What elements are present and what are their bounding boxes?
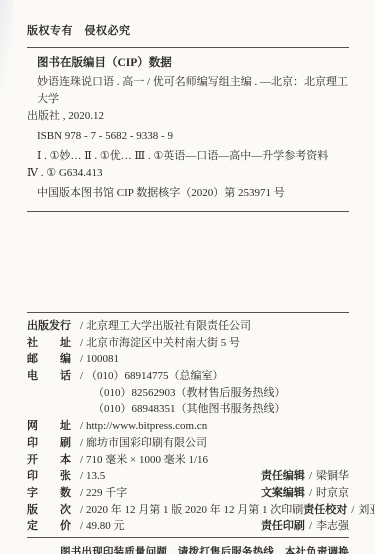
publication-field-value: 2020 年 12 月第 1 版 2020 年 12 月第 1 次印刷	[86, 501, 303, 517]
field-separator: /	[77, 487, 86, 499]
editor-name: 李志强	[316, 517, 349, 533]
staff-credit: 责任校对 / 刘亚男	[303, 501, 375, 517]
publication-website-url: http://www.bitpress.com.cn	[86, 420, 207, 432]
editor-role-label: 文案编辑	[261, 484, 305, 500]
editor-role-label: 责任印刷	[261, 517, 305, 533]
cip-description-line-2: 出版社 , 2020.12	[27, 108, 349, 125]
field-separator: /	[77, 420, 86, 432]
publication-row-continuation: （010）82562903（教材售后服务热线）	[27, 384, 349, 401]
publication-row: 电 话 / （010）68914775（总编室）	[27, 367, 349, 384]
cip-description-line-1: 妙语连珠说口语 . 高一 / 优可名师编写组主编 . —北京：北京理工大学	[27, 74, 349, 108]
cip-classification-line-2: Ⅳ . ① G634.413	[27, 165, 349, 182]
publication-field-label: 网 址	[27, 417, 77, 433]
cip-isbn: ISBN 978 - 7 - 5682 - 9338 - 9	[27, 128, 349, 145]
editor-name: 刘亚男	[358, 501, 375, 517]
publication-row: 版 次 / 2020 年 12 月第 1 版 2020 年 12 月第 1 次印…	[27, 501, 349, 518]
cip-registry-number: 中国版本图书馆 CIP 数据核字（2020）第 253971 号	[27, 185, 349, 202]
field-separator: /	[77, 370, 86, 382]
editor-name: 时京京	[316, 484, 349, 500]
copyright-page: 版权专有 侵权必究 图书在版编目（CIP）数据 妙语连珠说口语 . 高一 / 优…	[0, 0, 375, 554]
field-separator: /	[77, 320, 86, 332]
publication-field-value: 廊坊市国彩印刷有限公司	[86, 434, 207, 450]
staff-credit: 文案编辑 / 时京京	[261, 484, 349, 500]
editor-name: 梁铜华	[316, 467, 349, 483]
quality-notice: 图书出现印装质量问题，请拨打售后服务热线，本社负责调换	[27, 544, 349, 554]
publication-field-value: （010）68948351（其他图书服务热线）	[86, 400, 286, 416]
publication-field-label: 印 刷	[27, 434, 77, 450]
publication-field-label: 定 价	[27, 517, 77, 533]
publication-field-value: 49.80 元	[86, 517, 125, 533]
copyright-notice: 版权专有 侵权必究	[27, 22, 349, 38]
publication-field-label: 邮 编	[27, 350, 77, 366]
publication-field-label: 电 话	[27, 367, 77, 383]
publication-field-value: 229 千字	[86, 484, 127, 500]
publication-field-value: （010）82562903（教材售后服务热线）	[86, 384, 286, 400]
publication-field-label: 印 张	[27, 467, 77, 483]
publication-field-label: 社 址	[27, 334, 77, 350]
field-separator: /	[77, 454, 86, 466]
publication-row-continuation: （010）68948351（其他图书服务热线）	[27, 400, 349, 417]
publication-row: 定 价 / 49.80 元 责任印刷 / 李志强	[27, 517, 349, 534]
staff-credit: 责任编辑 / 梁铜华	[261, 467, 349, 483]
publication-info-block: 出版发行 / 北京理工大学出版社有限责任公司 社 址 / 北京市海淀区中关村南大…	[27, 313, 349, 537]
publication-field-label: 字 数	[27, 484, 77, 500]
publication-field-label: 开 本	[27, 451, 77, 467]
publication-field-value: 北京市海淀区中关村南大街 5 号	[86, 334, 240, 350]
publication-row: 印 刷 / 廊坊市国彩印刷有限公司	[27, 434, 349, 451]
publication-field-label: 版 次	[27, 501, 77, 517]
publication-row: 网 址 / http://www.bitpress.com.cn	[27, 417, 349, 434]
publication-field-value: 710 毫米 × 1000 毫米 1/16	[86, 451, 208, 467]
publication-field-label: 出版发行	[27, 317, 77, 333]
cip-classification-line-1: Ⅰ . ①妙… Ⅱ . ①优… Ⅲ . ①英语—口语—高中—升学参考资料	[27, 148, 349, 165]
publication-field-value: （010）68914775（总编室）	[86, 367, 224, 383]
publication-row: 字 数 / 229 千字 文案编辑 / 时京京	[27, 484, 349, 501]
field-separator: /	[77, 520, 86, 532]
publication-field-value: 北京理工大学出版社有限责任公司	[86, 317, 251, 333]
publication-field-value: 13.5	[86, 470, 105, 482]
field-separator: /	[305, 470, 316, 482]
publication-row: 社 址 / 北京市海淀区中关村南大街 5 号	[27, 334, 349, 351]
publication-row: 开 本 / 710 毫米 × 1000 毫米 1/16	[27, 451, 349, 468]
field-separator: /	[77, 504, 86, 516]
editor-role-label: 责任校对	[303, 501, 347, 517]
cip-heading: 图书在版编目（CIP）数据	[27, 55, 349, 72]
publication-row: 出版发行 / 北京理工大学出版社有限责任公司	[27, 317, 349, 334]
cip-block: 图书在版编目（CIP）数据 妙语连珠说口语 . 高一 / 优可名师编写组主编 .…	[27, 48, 349, 211]
blank-area	[27, 212, 349, 312]
publication-row: 印 张 / 13.5 责任编辑 / 梁铜华	[27, 467, 349, 484]
staff-credit: 责任印刷 / 李志强	[261, 517, 349, 533]
field-separator: /	[305, 487, 316, 499]
publication-field-value: 100081	[86, 353, 119, 365]
field-separator: /	[77, 470, 86, 482]
editor-role-label: 责任编辑	[261, 467, 305, 483]
publication-row: 邮 编 / 100081	[27, 350, 349, 367]
field-separator: /	[77, 337, 86, 349]
divider-footer	[27, 537, 349, 538]
field-separator: /	[347, 504, 358, 516]
field-separator: /	[77, 437, 86, 449]
field-separator: /	[77, 353, 86, 365]
field-separator: /	[305, 520, 316, 532]
